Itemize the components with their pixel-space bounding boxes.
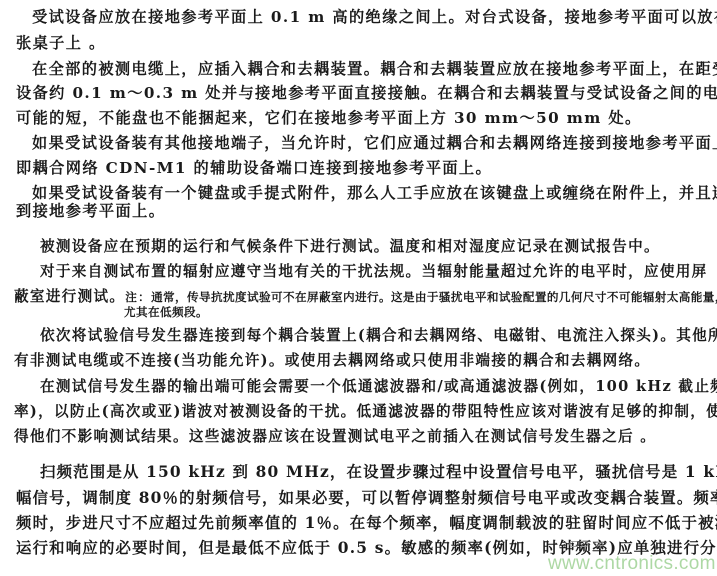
text-line: 到接地参考平面上。	[16, 204, 165, 219]
text-line: 如果受试设备装有一个键盘或手提式附件，那么人工手应放在该键盘上或缠绕在附件上，并…	[32, 186, 717, 201]
text-line: 设备约 0.1 m～0.3 m 处并与接地参考平面直接接触。在耦合和去耦装置与受…	[16, 86, 717, 101]
text-line: 得他们不影响测试结果。这些滤波器应该在设置测试电平之前插入在测试信号发生器之后 …	[14, 430, 656, 445]
text-line: 如果受试设备装有其他接地端子，当允许时，它们应通过耦合和去耦网络连接到接地参考平…	[32, 136, 717, 151]
text-line: 依次将试验信号发生器连接到每个耦合装置上(耦合和去耦网络、电磁钳、电流注入探头)…	[40, 329, 717, 344]
note-label: 注：	[125, 290, 151, 304]
wechat-watermark-icon: ⊂⊃ ≈	[568, 537, 605, 552]
text-line: 张桌子上 。	[16, 36, 106, 51]
text-line: 对于来自测试布置的辐射应遵守当地有关的干扰法规。当辐射能量超过允许的电平时，应使…	[40, 265, 708, 280]
text-line: 频时，步进尺寸不应超过先前频率值的 1％。在每个频率，幅度调制载波的驻留时间应不…	[16, 516, 717, 531]
text-line: 蔽室进行测试。注：通常，传导抗扰度试验可不在屏蔽室内进行。这是由于骚扰电平和试验…	[14, 290, 717, 305]
text-line: 率)，以防止(高次或亚)谐波对被测设备的干扰。低通滤波器的带阻特性应该对谐波有足…	[14, 405, 717, 420]
text-line: 扫频范围是从 150 kHz 到 80 MHz，在设置步骤过程中设置信号电平，骚…	[40, 465, 717, 480]
text-line: 即耦合网络 CDN-M1 的辅助设备端口连接到接地参考平面上。	[16, 161, 492, 176]
note-continuation: 尤其在低频段。	[124, 307, 208, 319]
text-fragment: 蔽室进行测试。	[14, 288, 125, 305]
text-line: 在测试信号发生器的输出端可能会需要一个低通滤波器和/或高通滤波器(例如，100 …	[40, 380, 717, 395]
text-line: 受试设备应放在接地参考平面上 0.1 m 高的绝缘之间上。对台式设备，接地参考平…	[32, 10, 717, 25]
note-text: 通常，传导抗扰度试验可不在屏蔽室内进行。这是由于骚扰电平和试验配置的几何尺寸不可…	[151, 290, 717, 304]
site-watermark: www.cntronics.com	[548, 553, 716, 575]
text-line: 可能的短，不能盘也不能捆起来，它们在接地参考平面上方 30 mm～50 mm 处…	[16, 111, 642, 126]
document-page: 受试设备应放在接地参考平面上 0.1 m 高的绝缘之间上。对台式设备，接地参考平…	[0, 0, 717, 576]
text-line: 被测设备应在预期的运行和气候条件下进行测试。温度和相对湿度应记录在测试报告中。	[40, 240, 660, 255]
text-line: 幅信号，调制度 80％的射频信号，如果必要，可以暂停调整射频信号电平或改变耦合装…	[16, 491, 717, 506]
text-line: 在全部的被测电缆上，应插入耦合和去耦装置。耦合和去耦装置应放在接地参考平面上，在…	[32, 62, 717, 77]
text-line: 有非测试电缆或不连接(当功能允许)。或使用去耦网络或只使用非端接的耦合和去耦网络…	[14, 354, 650, 369]
